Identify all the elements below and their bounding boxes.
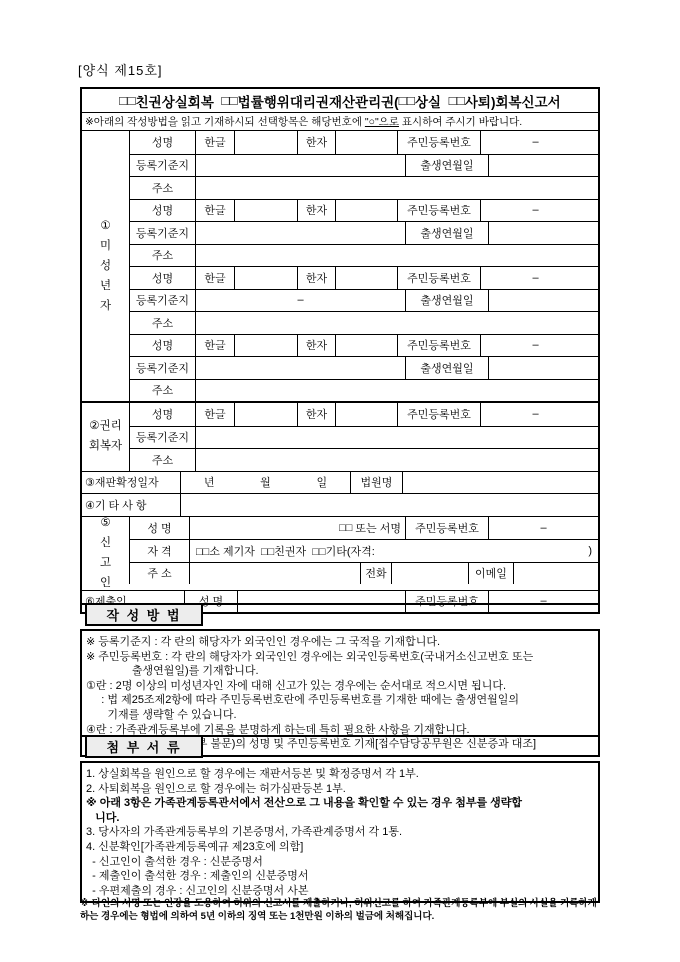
- minor3-birth-input[interactable]: [488, 290, 598, 312]
- reporter-jumin-input[interactable]: –: [488, 517, 598, 540]
- birth-label: 출생연월일: [405, 290, 488, 312]
- restorer-name-hanja-input[interactable]: [335, 403, 397, 426]
- etc-input[interactable]: [180, 494, 598, 516]
- minor4-name-hangul-input[interactable]: [234, 335, 297, 357]
- jumin-label: 주민등록번호: [405, 517, 488, 540]
- restorer-addr-row: 주소: [129, 448, 598, 471]
- minor1-birth-input[interactable]: [488, 155, 598, 177]
- qualification-close-paren: ): [588, 545, 592, 557]
- text-segment: 법률행위대리권재산관리권(: [238, 91, 399, 111]
- hangul-label: 한글: [195, 267, 234, 289]
- minor2-jumin-input[interactable]: –: [480, 200, 590, 222]
- section-minor-label: ① 미 성 년 자: [82, 131, 129, 401]
- restorer-label-line1: ②권리: [89, 420, 122, 433]
- birth-label: 출생연월일: [405, 222, 488, 244]
- checkbox-pair[interactable]: □□: [261, 546, 274, 558]
- text-line: : 법 제25조제2항에 따라 주민등록번호란에 주민등록번호를 기재한 때에는…: [86, 693, 594, 708]
- hanja-label: 한자: [297, 131, 335, 154]
- year-label: 년: [204, 474, 215, 490]
- reporter-address-input[interactable]: [189, 563, 360, 585]
- section-reporter-badge: ⑤: [100, 517, 110, 530]
- jumin-label: 주민등록번호: [397, 403, 480, 426]
- minor2-reg-row: 등록기준지 출생연월일: [129, 221, 598, 244]
- text-line: 3. 당사자의 가족관계등록부의 기본증명서, 가족관계증명서 각 1통.: [86, 825, 594, 840]
- hangul-label: 한글: [195, 335, 234, 357]
- text-segment: 소 제기자: [209, 546, 261, 558]
- address-label: 주소: [129, 245, 195, 267]
- name-label: 성명: [129, 335, 195, 357]
- minor4-address-input[interactable]: [195, 380, 598, 402]
- text-line: ※ 등록기준지 : 각 란의 해당자가 외국인인 경우에는 그 국적을 기재합니…: [86, 635, 594, 650]
- text-line: 1. 상실회복을 원인으로 할 경우에는 재판서등본 및 확정증명서 각 1부.: [86, 767, 594, 782]
- text-segment: 친권상실회복: [136, 91, 222, 111]
- jumin-label: 주민등록번호: [397, 131, 480, 154]
- section-restorer-label: ②권리 회복자: [82, 403, 129, 471]
- text-line: 4. 신분확인[가족관계등록예규 제23호에 의함]: [86, 840, 594, 855]
- section-minor-char: 년: [100, 280, 111, 293]
- minor3-name-hangul-input[interactable]: [234, 267, 297, 289]
- court-name-label: 법원명: [350, 472, 402, 494]
- reg-base-label: 등록기준지: [129, 357, 195, 379]
- reporter-addr-row: 주 소 전화 이메일: [129, 562, 598, 585]
- checkbox-pair[interactable]: □□: [312, 546, 325, 558]
- reg-base-label: 등록기준지: [129, 427, 195, 449]
- judgment-date-label: ③재판확정일자: [82, 472, 180, 494]
- hangul-label: 한글: [195, 200, 234, 222]
- writing-instructions-section: 작 성 방 법 ※ 등록기준지 : 각 란의 해당자가 외국인인 경우에는 그 …: [80, 603, 600, 757]
- section-reporter-rows: 성 명 □□ 또는 서명 주민등록번호 – 자 격 □□소 제기자 □□친권자 …: [129, 517, 598, 590]
- checkbox-pair[interactable]: □□: [339, 522, 352, 534]
- section-reporter: ⑤ 신 고 인 성 명 □□ 또는 서명 주민등록번호 – 자 격 □□소 제기…: [82, 516, 598, 590]
- reporter-name-row: 성 명 □□ 또는 서명 주민등록번호 –: [129, 517, 598, 540]
- attachments-tab-rule: 첨 부 서 류: [80, 735, 600, 758]
- penalty-warning: ※ 타인의 서명 또는 인장을 도용하여 허위의 신고서를 제출하거나, 허위신…: [80, 898, 604, 923]
- minor4-name-hanja-input[interactable]: [335, 335, 397, 357]
- restorer-reg-row: 등록기준지: [129, 426, 598, 449]
- attachments-header: 첨 부 서 류: [85, 737, 203, 758]
- address-label: 주소: [129, 380, 195, 402]
- minor3-reg-row: 등록기준지 – 출생연월일: [129, 289, 598, 312]
- address-label: 주 소: [129, 563, 189, 585]
- text-line: ※ 주민등록번호 : 각 란의 해당자가 외국인인 경우에는 외국인등록번호(국…: [86, 650, 594, 665]
- judgment-date-row: ③재판확정일자 년 월 일 법원명: [82, 471, 598, 494]
- address-label: 주소: [129, 177, 195, 199]
- section-minor: ① 미 성 년 자 성명 한글 한자 주민등록번호 – 등록기준지: [82, 130, 598, 401]
- reg-base-label: 등록기준지: [129, 155, 195, 177]
- reporter-qualification-options[interactable]: □□소 제기자 □□친권자 □□기타(자격: ): [189, 540, 598, 562]
- jumin-label: 주민등록번호: [397, 267, 480, 289]
- text-segment: 기타(자격:: [326, 546, 375, 558]
- section-restorer-rows: 성명 한글 한자 주민등록번호 – 등록기준지 주소: [129, 403, 598, 471]
- reporter-qualification-row: 자 격 □□소 제기자 □□친권자 □□기타(자격: ): [129, 539, 598, 562]
- text-line: 니다.: [86, 811, 594, 826]
- minor4-reg-input[interactable]: [195, 357, 405, 379]
- section-minor-char: 성: [100, 260, 111, 273]
- minor2-reg-input[interactable]: [195, 222, 405, 244]
- attachments-body: 1. 상실회복을 원인으로 할 경우에는 재판서등본 및 확정증명서 각 1부.…: [80, 761, 600, 903]
- name-label: 성명: [129, 403, 195, 426]
- minor3-jumin-input[interactable]: –: [480, 267, 590, 289]
- text-line: - 제출인이 출석한 경우 : 제출인의 신분증명서: [86, 869, 594, 884]
- name-label: 성명: [129, 131, 195, 154]
- instructions-header: 작 성 방 법: [85, 605, 203, 626]
- minor4-birth-input[interactable]: [488, 357, 598, 379]
- etc-label: ④기 타 사 항: [82, 494, 180, 516]
- minor3-addr-row: 주소: [129, 311, 598, 334]
- minor2-name-hangul-input[interactable]: [234, 200, 297, 222]
- day-label: 일: [317, 474, 328, 490]
- hangul-label: 한글: [195, 403, 234, 426]
- address-label: 주소: [129, 449, 195, 471]
- text-line: - 신고인이 출석한 경우 : 신분증명서: [86, 855, 594, 870]
- reporter-name-input[interactable]: □□ 또는 서명: [189, 517, 405, 540]
- text-line: 기재를 생략할 수 있습니다.: [86, 708, 594, 723]
- restorer-name-hangul-input[interactable]: [234, 403, 297, 426]
- phone-label: 전화: [360, 563, 391, 585]
- judgment-date-input[interactable]: 년 월 일: [180, 472, 350, 494]
- minor2-name-row: 성명 한글 한자 주민등록번호 –: [129, 199, 598, 222]
- minor1-addr-row: 주소: [129, 176, 598, 199]
- section-minor-char: 미: [100, 240, 111, 253]
- attachments-section: 첨 부 서 류 1. 상실회복을 원인으로 할 경우에는 재판서등본 및 확정증…: [80, 735, 600, 903]
- qualification-label: 자 격: [129, 540, 189, 562]
- minor4-addr-row: 주소: [129, 379, 598, 402]
- text-segment: 사퇴)회복신고서: [465, 91, 561, 111]
- note-circle-mark: "○"으로: [365, 114, 399, 129]
- hanja-label: 한자: [297, 200, 335, 222]
- form-title: □□친권상실회복 □□법률행위대리권재산관리권(□□상실 □□사퇴)회복신고서: [82, 89, 598, 113]
- minor1-name-row: 성명 한글 한자 주민등록번호 –: [129, 131, 598, 154]
- section-minor-rows: 성명 한글 한자 주민등록번호 – 등록기준지 출생연월일 주소: [129, 131, 598, 401]
- hanja-label: 한자: [297, 267, 335, 289]
- name-label: 성 명: [129, 517, 189, 540]
- minor1-name-hanja-input[interactable]: [335, 131, 397, 154]
- hanja-label: 한자: [297, 403, 335, 426]
- minor3-name-hanja-input[interactable]: [335, 267, 397, 289]
- text-line: 2. 사퇴회복을 원인으로 할 경우에는 허가심판등본 1부.: [86, 782, 594, 797]
- restorer-jumin-input[interactable]: –: [480, 403, 590, 426]
- minor1-jumin-input[interactable]: –: [480, 131, 590, 154]
- reporter-phone-input[interactable]: [391, 563, 468, 585]
- form-sheet: [양식 제15호] □□친권상실회복 □□법률행위대리권재산관리권(□□상실 □…: [0, 0, 680, 962]
- note-text-post: 표시하여 주시기 바랍니다.: [399, 114, 522, 129]
- text-segment: 상실: [415, 91, 449, 111]
- text-line: - 우편제출의 경우 : 신고인의 신분증명서 사본: [86, 884, 594, 899]
- hangul-label: 한글: [195, 131, 234, 154]
- reg-base-label: 등록기준지: [129, 222, 195, 244]
- name-label: 성명: [129, 267, 195, 289]
- hanja-label: 한자: [297, 335, 335, 357]
- report-form-table: □□친권상실회복 □□법률행위대리권재산관리권(□□상실 □□사퇴)회복신고서 …: [80, 87, 600, 614]
- reporter-email-input[interactable]: [513, 563, 598, 585]
- section-rights-restorer: ②권리 회복자 성명 한글 한자 주민등록번호 – 등록기준지: [82, 401, 598, 471]
- minor2-addr-row: 주소: [129, 244, 598, 267]
- email-label: 이메일: [468, 563, 513, 585]
- minor1-reg-row: 등록기준지 출생연월일: [129, 154, 598, 177]
- qualification-checkbox-options[interactable]: □□소 제기자 □□친권자 □□기타(자격:: [196, 543, 375, 559]
- checkbox-pair[interactable]: □□: [221, 93, 237, 108]
- reg-base-label: 등록기준지: [129, 290, 195, 312]
- restorer-address-input[interactable]: [195, 449, 598, 471]
- minor2-birth-input[interactable]: [488, 222, 598, 244]
- text-segment: 또는 서명: [352, 520, 401, 536]
- text-line: ①란 : 2명 이상의 미성년자인 자에 대해 신고가 있는 경우에는 순서대로…: [86, 679, 594, 694]
- jumin-label: 주민등록번호: [397, 200, 480, 222]
- minor4-jumin-input[interactable]: –: [480, 335, 590, 357]
- section-reporter-char: 신: [100, 537, 111, 550]
- section-reporter-char: 인: [100, 577, 111, 590]
- etc-row: ④기 타 사 항: [82, 493, 598, 516]
- minor4-name-row: 성명 한글 한자 주민등록번호 –: [129, 334, 598, 357]
- checkbox-pair[interactable]: □□: [196, 546, 209, 558]
- minor3-reg-input[interactable]: –: [195, 290, 405, 312]
- jumin-label: 주민등록번호: [397, 335, 480, 357]
- address-label: 주소: [129, 312, 195, 334]
- note-text-pre: ※아래의 작성방법을 읽고 기재하시되 선택항목은 해당번호에: [85, 114, 365, 129]
- minor1-name-hangul-input[interactable]: [234, 131, 297, 154]
- section-reporter-char: 고: [100, 557, 111, 570]
- text-line: 출생연월일)를 기재합니다.: [86, 664, 594, 679]
- name-label: 성명: [129, 200, 195, 222]
- birth-label: 출생연월일: [405, 357, 488, 379]
- minor2-name-hanja-input[interactable]: [335, 200, 397, 222]
- birth-label: 출생연월일: [405, 155, 488, 177]
- restorer-name-row: 성명 한글 한자 주민등록번호 –: [129, 403, 598, 426]
- minor3-address-input[interactable]: [195, 312, 598, 334]
- form-number-label: [양식 제15호]: [78, 60, 163, 79]
- section-minor-badge: ①: [100, 220, 110, 233]
- instructions-tab-rule: 작 성 방 법: [80, 603, 600, 626]
- minor2-address-input[interactable]: [195, 245, 598, 267]
- restorer-reg-input[interactable]: [195, 427, 598, 449]
- checkbox-pair[interactable]: □□: [119, 93, 135, 108]
- text-line: ※ 아래 3항은 가족관계등록관서에서 전산으로 그 내용을 확인할 수 있는 …: [86, 796, 594, 811]
- court-name-input[interactable]: [402, 472, 598, 494]
- section-reporter-label: ⑤ 신 고 인: [82, 517, 129, 590]
- text-segment: 친권자: [274, 546, 312, 558]
- checkbox-pair[interactable]: □□: [449, 93, 465, 108]
- minor1-reg-input[interactable]: [195, 155, 405, 177]
- form-note: ※아래의 작성방법을 읽고 기재하시되 선택항목은 해당번호에 "○"으로 표시…: [82, 113, 598, 130]
- section-minor-char: 자: [100, 300, 111, 313]
- minor1-address-input[interactable]: [195, 177, 598, 199]
- minor3-name-row: 성명 한글 한자 주민등록번호 –: [129, 266, 598, 289]
- month-label: 월: [260, 474, 271, 490]
- checkbox-pair[interactable]: □□: [399, 93, 415, 108]
- minor4-reg-row: 등록기준지 출생연월일: [129, 356, 598, 379]
- restorer-label-line2: 회복자: [89, 440, 122, 453]
